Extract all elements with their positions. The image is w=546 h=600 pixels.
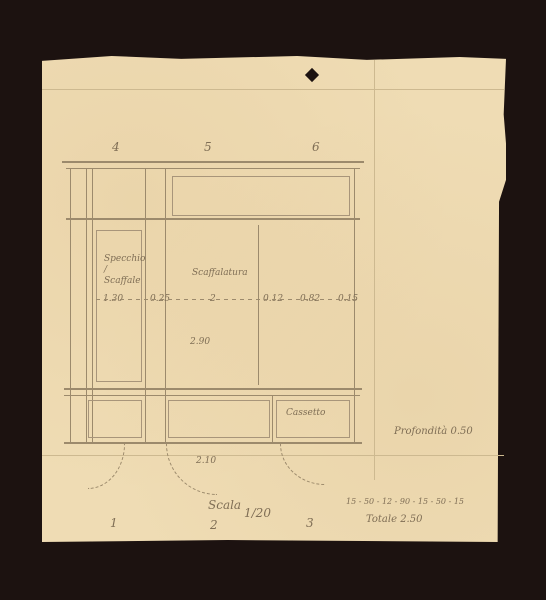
guide-line (42, 89, 504, 90)
height-dimension: 2.90 (190, 337, 210, 347)
drawer-2 (168, 400, 270, 438)
scale-label: Scala (208, 498, 241, 512)
drawer-label: Cassetto (286, 408, 325, 418)
counter-edge (64, 395, 360, 396)
cornice-bottom (66, 168, 360, 169)
column-divider (165, 168, 166, 443)
column-number: 6 (312, 140, 320, 154)
depth-note: Profondità 0.50 (394, 426, 473, 437)
center-panel-label: Scaffalatura (192, 268, 248, 278)
sum-note: 15 - 50 - 12 - 90 - 15 - 50 - 15 (346, 497, 464, 506)
drawer-3 (276, 400, 350, 438)
guide-line (374, 60, 375, 480)
column-number: 3 (306, 516, 314, 530)
dimension-line (96, 299, 358, 300)
column-divider (258, 225, 259, 385)
column-number: 4 (112, 140, 120, 154)
arc-dimension: 2.10 (196, 456, 216, 466)
cornice-top (62, 161, 364, 163)
scale-value: 1/20 (244, 506, 271, 520)
right-post (354, 168, 355, 443)
column-divider (145, 168, 146, 443)
left-panel-label: Specchio / Scaffale (104, 254, 144, 287)
left-panel-frame (96, 230, 142, 382)
left-post-inner (86, 168, 87, 443)
column-number: 1 (110, 516, 118, 530)
left-post (70, 168, 71, 443)
column-number: 5 (204, 140, 212, 154)
counter-top (64, 388, 362, 390)
drawer-divider (272, 396, 273, 442)
upper-shelf (66, 218, 360, 220)
total-note: Totale 2.50 (366, 514, 422, 525)
frieze-panel (172, 176, 350, 216)
column-number: 2 (210, 518, 218, 532)
drawer-1 (88, 400, 142, 438)
